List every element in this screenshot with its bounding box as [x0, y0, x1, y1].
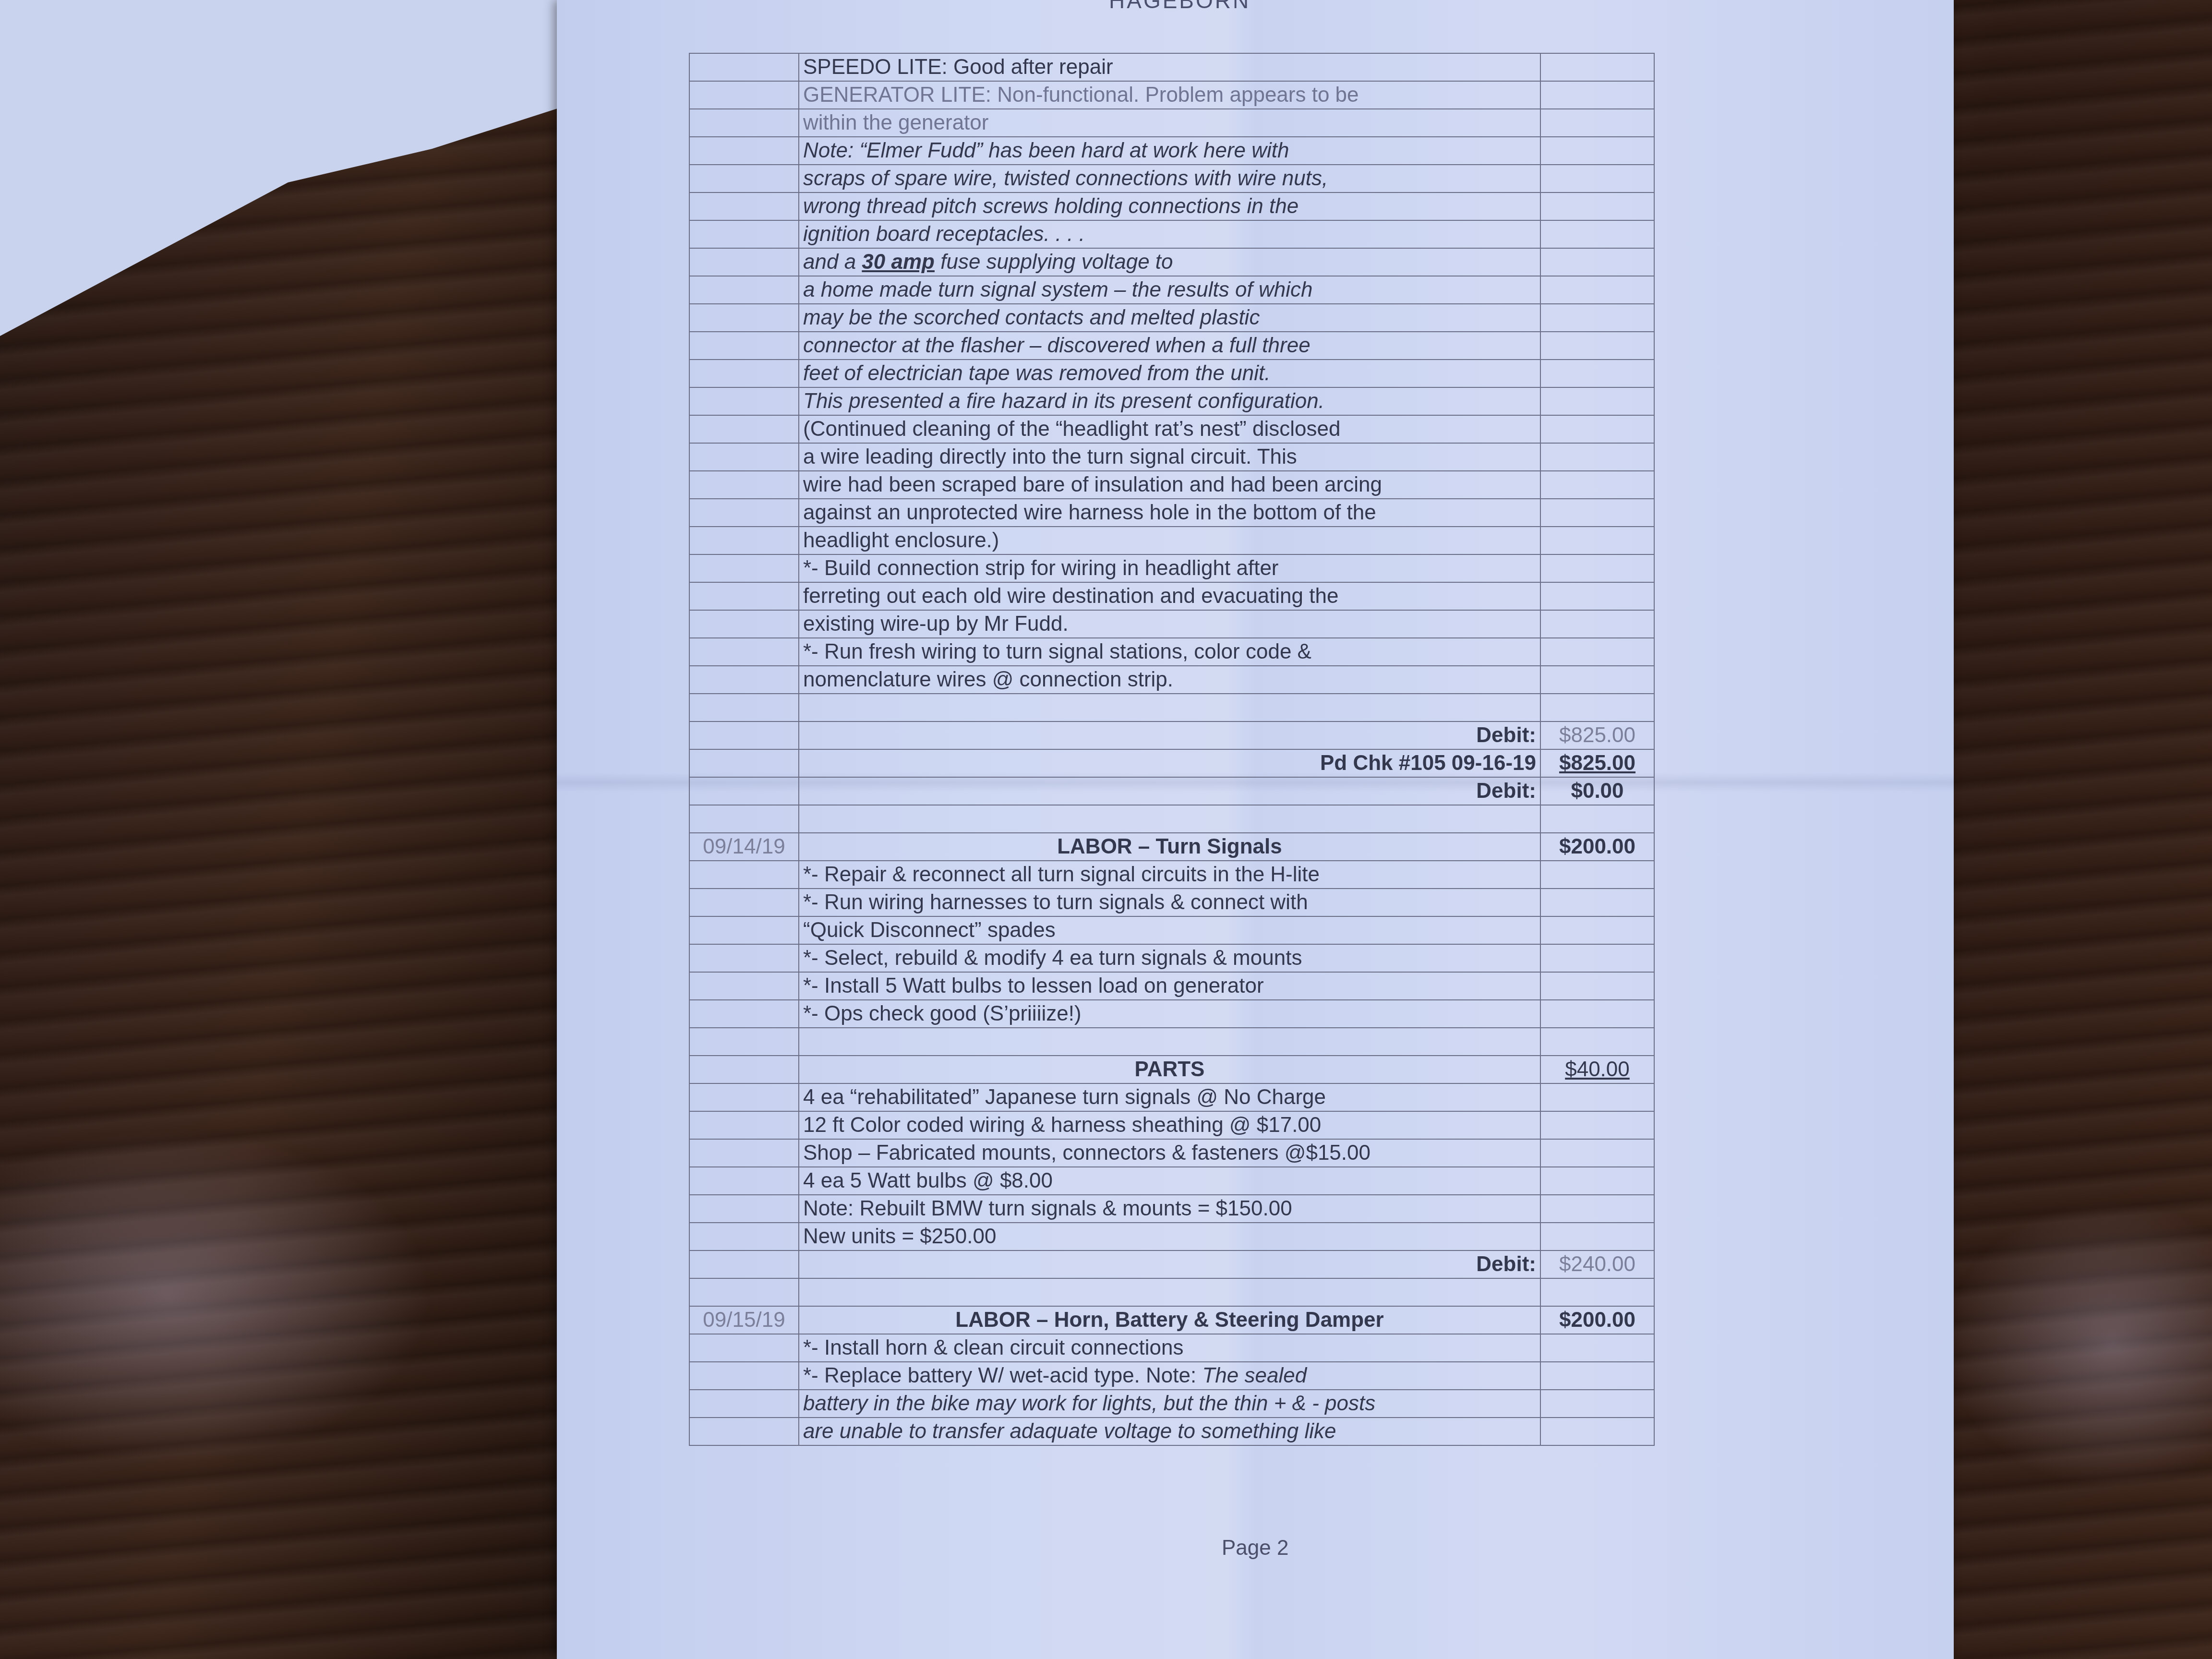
- description-cell: *- Build connection strip for wiring in …: [799, 554, 1540, 582]
- date-cell: [689, 1111, 799, 1139]
- amount-cell: [1540, 582, 1654, 610]
- date-cell: [689, 1334, 799, 1362]
- date-cell: [689, 527, 799, 554]
- date-cell: [689, 1195, 799, 1223]
- ledger-row: *- Run fresh wiring to turn signal stati…: [689, 638, 1654, 666]
- date-cell: [689, 666, 799, 694]
- amount-cell: [1540, 1111, 1654, 1139]
- amount-cell: [1540, 916, 1654, 944]
- ledger-row: existing wire-up by Mr Fudd.: [689, 610, 1654, 638]
- date-cell: [689, 248, 799, 276]
- invoice-ledger-table: SPEEDO LITE: Good after repairGENERATOR …: [689, 53, 1655, 1446]
- date-cell: [689, 387, 799, 415]
- ledger-row: This presented a fire hazard in its pres…: [689, 387, 1654, 415]
- amount-cell: [1540, 220, 1654, 248]
- date-cell: [689, 861, 799, 889]
- description-cell: (Continued cleaning of the “headlight ra…: [799, 415, 1540, 443]
- amount-cell: [1540, 638, 1654, 666]
- description-cell: *- Repair & reconnect all turn signal ci…: [799, 861, 1540, 889]
- date-cell: [689, 638, 799, 666]
- description-cell: 4 ea 5 Watt bulbs @ $8.00: [799, 1167, 1540, 1195]
- date-cell: [689, 1390, 799, 1418]
- ledger-row: are unable to transfer adaquate voltage …: [689, 1418, 1654, 1445]
- amount-cell: [1540, 332, 1654, 360]
- amount-cell: [1540, 415, 1654, 443]
- amount-cell: [1540, 666, 1654, 694]
- description-cell: [799, 805, 1540, 833]
- date-cell: [689, 304, 799, 332]
- date-cell: [689, 972, 799, 1000]
- payment-amount: $825.00: [1540, 749, 1654, 777]
- section-heading: PARTS: [799, 1056, 1540, 1083]
- amount-cell: [1540, 1362, 1654, 1390]
- date-cell: [689, 192, 799, 220]
- date-cell: 09/15/19: [689, 1306, 799, 1334]
- description-cell: 12 ft Color coded wiring & harness sheat…: [799, 1111, 1540, 1139]
- description-fragment: fuse supplying voltage to: [935, 250, 1173, 274]
- debit-amount: $825.00: [1540, 721, 1654, 749]
- description-cell: *- Install horn & clean circuit connecti…: [799, 1334, 1540, 1362]
- amount-cell: [1540, 610, 1654, 638]
- ledger-row: *- Install 5 Watt bulbs to lessen load o…: [689, 972, 1654, 1000]
- date-cell: [689, 1028, 799, 1056]
- date-cell: [689, 889, 799, 916]
- description-cell: 4 ea “rehabilitated” Japanese turn signa…: [799, 1083, 1540, 1111]
- debit-label: Debit:: [799, 777, 1540, 805]
- description-cell: nomenclature wires @ connection strip.: [799, 666, 1540, 694]
- description-cell: *- Run wiring harnesses to turn signals …: [799, 889, 1540, 916]
- date-cell: [689, 443, 799, 471]
- payment-label: Pd Chk #105 09-16-19: [799, 749, 1540, 777]
- amount-cell: [1540, 972, 1654, 1000]
- date-cell: 09/14/19: [689, 833, 799, 861]
- ledger-row: *- Install horn & clean circuit connecti…: [689, 1334, 1654, 1362]
- section-amount: $40.00: [1540, 1056, 1654, 1083]
- date-cell: [689, 360, 799, 387]
- amount-cell: [1540, 1390, 1654, 1418]
- amount-cell: [1540, 1083, 1654, 1111]
- description-cell: ferreting out each old wire destination …: [799, 582, 1540, 610]
- date-cell: [689, 165, 799, 192]
- date-cell: [689, 805, 799, 833]
- description-cell: *- Ops check good (S’priiiize!): [799, 1000, 1540, 1028]
- description-cell: New units = $250.00: [799, 1223, 1540, 1250]
- description-cell: connector at the flasher – discovered wh…: [799, 332, 1540, 360]
- ledger-row: Debit:$825.00: [689, 721, 1654, 749]
- section-amount: $200.00: [1540, 1306, 1654, 1334]
- date-cell: [689, 220, 799, 248]
- ledger-body: SPEEDO LITE: Good after repairGENERATOR …: [689, 53, 1654, 1445]
- amount-cell: [1540, 387, 1654, 415]
- ledger-row: connector at the flasher – discovered wh…: [689, 332, 1654, 360]
- date-cell: [689, 332, 799, 360]
- description-cell: wrong thread pitch screws holding connec…: [799, 192, 1540, 220]
- ledger-row: [689, 694, 1654, 721]
- description-cell: *- Install 5 Watt bulbs to lessen load o…: [799, 972, 1540, 1000]
- invoice-page: HAGEBORN SPEEDO LITE: Good after repairG…: [557, 0, 1954, 1659]
- description-cell: within the generator: [799, 109, 1540, 137]
- date-cell: [689, 137, 799, 165]
- ledger-row: 09/14/19LABOR – Turn Signals$200.00: [689, 833, 1654, 861]
- description-cell: scraps of spare wire, twisted connection…: [799, 165, 1540, 192]
- section-heading: LABOR – Horn, Battery & Steering Damper: [799, 1306, 1540, 1334]
- date-cell: [689, 499, 799, 527]
- amount-cell: [1540, 276, 1654, 304]
- section-amount: $200.00: [1540, 833, 1654, 861]
- ledger-row: a wire leading directly into the turn si…: [689, 443, 1654, 471]
- date-cell: [689, 1250, 799, 1278]
- amount-cell: [1540, 861, 1654, 889]
- date-cell: [689, 944, 799, 972]
- date-cell: [689, 1000, 799, 1028]
- date-cell: [689, 415, 799, 443]
- ledger-row: feet of electrician tape was removed fro…: [689, 360, 1654, 387]
- amount-cell: [1540, 1418, 1654, 1445]
- date-cell: [689, 610, 799, 638]
- amount-cell: [1540, 889, 1654, 916]
- ledger-row: 4 ea 5 Watt bulbs @ $8.00: [689, 1167, 1654, 1195]
- amount-cell: [1540, 1167, 1654, 1195]
- amount-cell: [1540, 81, 1654, 109]
- date-cell: [689, 721, 799, 749]
- ledger-row: [689, 1028, 1654, 1056]
- ledger-row: *- Build connection strip for wiring in …: [689, 554, 1654, 582]
- ledger-row: 4 ea “rehabilitated” Japanese turn signa…: [689, 1083, 1654, 1111]
- date-cell: [689, 1056, 799, 1083]
- amount-cell: [1540, 53, 1654, 81]
- ledger-row: [689, 805, 1654, 833]
- amount-cell: [1540, 1000, 1654, 1028]
- ledger-row: headlight enclosure.): [689, 527, 1654, 554]
- description-cell: [799, 694, 1540, 721]
- ledger-row: against an unprotected wire harness hole…: [689, 499, 1654, 527]
- ledger-row: (Continued cleaning of the “headlight ra…: [689, 415, 1654, 443]
- ledger-row: may be the scorched contacts and melted …: [689, 304, 1654, 332]
- date-cell: [689, 694, 799, 721]
- debit-amount: $240.00: [1540, 1250, 1654, 1278]
- ledger-row: *- Ops check good (S’priiiize!): [689, 1000, 1654, 1028]
- ledger-row: Note: “Elmer Fudd” has been hard at work…: [689, 137, 1654, 165]
- date-cell: [689, 471, 799, 499]
- description-cell: *- Run fresh wiring to turn signal stati…: [799, 638, 1540, 666]
- amount-cell: [1540, 1223, 1654, 1250]
- ledger-row: New units = $250.00: [689, 1223, 1654, 1250]
- ledger-row: wrong thread pitch screws holding connec…: [689, 192, 1654, 220]
- description-cell: headlight enclosure.): [799, 527, 1540, 554]
- ledger-row: battery in the bike may work for lights,…: [689, 1390, 1654, 1418]
- date-cell: [689, 109, 799, 137]
- ledger-row: *- Repair & reconnect all turn signal ci…: [689, 861, 1654, 889]
- ledger-row: nomenclature wires @ connection strip.: [689, 666, 1654, 694]
- description-cell: This presented a fire hazard in its pres…: [799, 387, 1540, 415]
- ledger-row: “Quick Disconnect” spades: [689, 916, 1654, 944]
- ledger-row: 12 ft Color coded wiring & harness sheat…: [689, 1111, 1654, 1139]
- ledger-row: and a 30 amp fuse supplying voltage to: [689, 248, 1654, 276]
- ledger-row: Note: Rebuilt BMW turn signals & mounts …: [689, 1195, 1654, 1223]
- amount-cell: [1540, 443, 1654, 471]
- description-cell: are unable to transfer adaquate voltage …: [799, 1418, 1540, 1445]
- description-cell: *- Replace battery W/ wet-acid type. Not…: [799, 1362, 1540, 1390]
- amount-cell: [1540, 109, 1654, 137]
- date-cell: [689, 1139, 799, 1167]
- description-cell: a wire leading directly into the turn si…: [799, 443, 1540, 471]
- section-heading: LABOR – Turn Signals: [799, 833, 1540, 861]
- description-cell: wire had been scraped bare of insulation…: [799, 471, 1540, 499]
- amount-cell: [1540, 499, 1654, 527]
- description-cell: “Quick Disconnect” spades: [799, 916, 1540, 944]
- description-cell: may be the scorched contacts and melted …: [799, 304, 1540, 332]
- ledger-row: Debit:$0.00: [689, 777, 1654, 805]
- page-header-fragment: HAGEBORN: [1109, 0, 1250, 13]
- ledger-row: wire had been scraped bare of insulation…: [689, 471, 1654, 499]
- ledger-row: Debit:$240.00: [689, 1250, 1654, 1278]
- description-cell: SPEEDO LITE: Good after repair: [799, 53, 1540, 81]
- description-cell: feet of electrician tape was removed fro…: [799, 360, 1540, 387]
- description-fragment: *- Replace battery W/ wet-acid type. Not…: [803, 1364, 1202, 1387]
- amount-cell: [1540, 944, 1654, 972]
- ledger-row: *- Select, rebuild & modify 4 ea turn si…: [689, 944, 1654, 972]
- amount-cell: [1540, 1195, 1654, 1223]
- description-cell: [799, 1028, 1540, 1056]
- date-cell: [689, 81, 799, 109]
- ledger-row: SPEEDO LITE: Good after repair: [689, 53, 1654, 81]
- date-cell: [689, 582, 799, 610]
- ledger-row: *- Run wiring harnesses to turn signals …: [689, 889, 1654, 916]
- amount-cell: [1540, 527, 1654, 554]
- amount-cell: [1540, 137, 1654, 165]
- ledger-row: a home made turn signal system – the res…: [689, 276, 1654, 304]
- amount-cell: [1540, 471, 1654, 499]
- ledger-row: scraps of spare wire, twisted connection…: [689, 165, 1654, 192]
- ledger-row: GENERATOR LITE: Non-functional. Problem …: [689, 81, 1654, 109]
- ledger-row: 09/15/19LABOR – Horn, Battery & Steering…: [689, 1306, 1654, 1334]
- description-cell: Note: “Elmer Fudd” has been hard at work…: [799, 137, 1540, 165]
- description-cell: ignition board receptacles. . . .: [799, 220, 1540, 248]
- amount-cell: [1540, 248, 1654, 276]
- date-cell: [689, 1083, 799, 1111]
- amount-cell: [1540, 1139, 1654, 1167]
- date-cell: [689, 1362, 799, 1390]
- description-fragment: The sealed: [1202, 1364, 1307, 1387]
- ledger-row: Shop – Fabricated mounts, connectors & f…: [689, 1139, 1654, 1167]
- description-cell: against an unprotected wire harness hole…: [799, 499, 1540, 527]
- page-number: Page 2: [1222, 1536, 1288, 1560]
- description-cell: battery in the bike may work for lights,…: [799, 1390, 1540, 1418]
- description-cell: a home made turn signal system – the res…: [799, 276, 1540, 304]
- date-cell: [689, 1167, 799, 1195]
- debit-amount: $0.00: [1540, 777, 1654, 805]
- ledger-row: *- Replace battery W/ wet-acid type. Not…: [689, 1362, 1654, 1390]
- debit-label: Debit:: [799, 1250, 1540, 1278]
- date-cell: [689, 1278, 799, 1306]
- amount-cell: [1540, 1278, 1654, 1306]
- description-fragment: 30 amp: [862, 250, 935, 274]
- description-cell: and a 30 amp fuse supplying voltage to: [799, 248, 1540, 276]
- date-cell: [689, 777, 799, 805]
- debit-label: Debit:: [799, 721, 1540, 749]
- ledger-row: within the generator: [689, 109, 1654, 137]
- ledger-row: ignition board receptacles. . . .: [689, 220, 1654, 248]
- amount-cell: [1540, 694, 1654, 721]
- amount-cell: [1540, 192, 1654, 220]
- amount-cell: [1540, 554, 1654, 582]
- amount-cell: [1540, 304, 1654, 332]
- amount-cell: [1540, 1028, 1654, 1056]
- ledger-row: PARTS$40.00: [689, 1056, 1654, 1083]
- date-cell: [689, 1223, 799, 1250]
- description-cell: Note: Rebuilt BMW turn signals & mounts …: [799, 1195, 1540, 1223]
- ledger-row: Pd Chk #105 09-16-19$825.00: [689, 749, 1654, 777]
- description-cell: Shop – Fabricated mounts, connectors & f…: [799, 1139, 1540, 1167]
- date-cell: [689, 276, 799, 304]
- ledger-row: [689, 1278, 1654, 1306]
- description-cell: existing wire-up by Mr Fudd.: [799, 610, 1540, 638]
- date-cell: [689, 749, 799, 777]
- description-cell: [799, 1278, 1540, 1306]
- amount-cell: [1540, 1334, 1654, 1362]
- description-cell: GENERATOR LITE: Non-functional. Problem …: [799, 81, 1540, 109]
- description-fragment: and a: [803, 250, 862, 274]
- amount-cell: [1540, 360, 1654, 387]
- description-cell: *- Select, rebuild & modify 4 ea turn si…: [799, 944, 1540, 972]
- date-cell: [689, 916, 799, 944]
- amount-cell: [1540, 165, 1654, 192]
- ledger-row: ferreting out each old wire destination …: [689, 582, 1654, 610]
- date-cell: [689, 1418, 799, 1445]
- date-cell: [689, 554, 799, 582]
- amount-cell: [1540, 805, 1654, 833]
- date-cell: [689, 53, 799, 81]
